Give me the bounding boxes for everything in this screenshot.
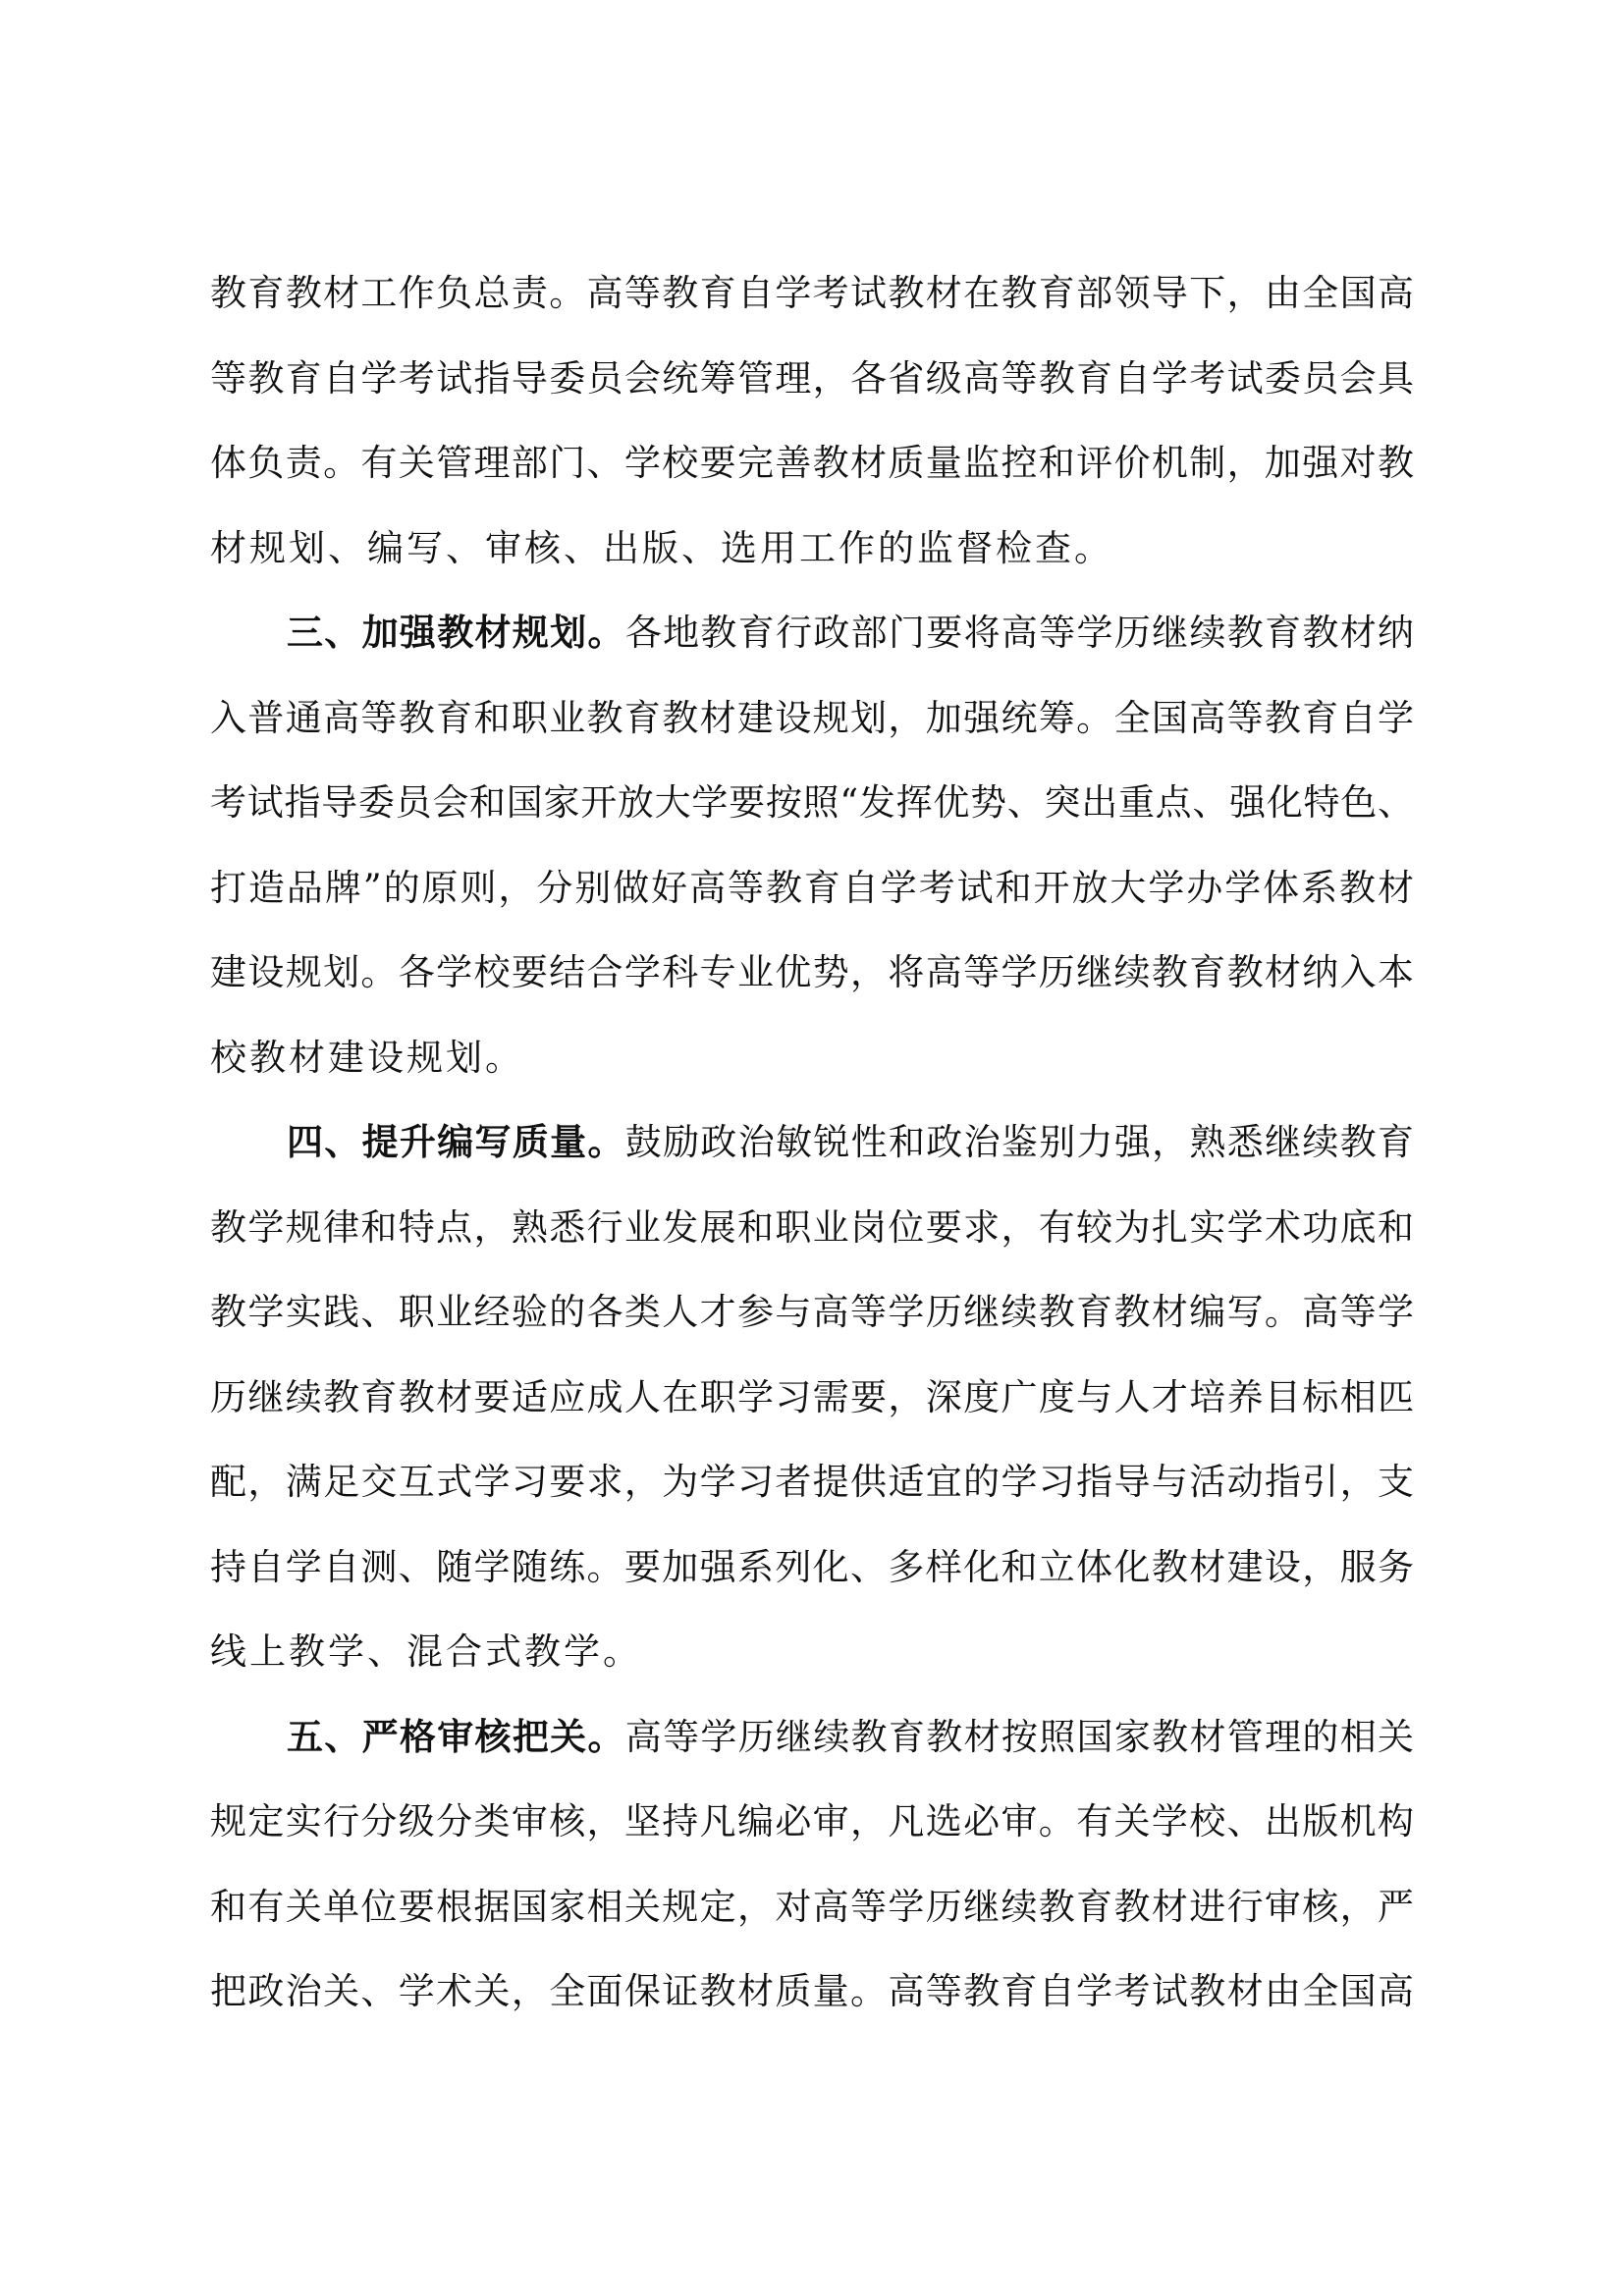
text-segment: 鼓励政治敏锐性和政治鉴别力强，熟悉继续教育	[625, 1121, 1416, 1163]
text-line: 体负责。有关管理部门、学校要完善教材质量监控和评价机制，加强对教	[210, 421, 1414, 507]
text-line: 历继续教育教材要适应成人在职学习需要，深度广度与人才培养目标相匹	[210, 1356, 1414, 1441]
text-segment: 各地教育行政部门要将高等学历继续教育教材纳	[625, 612, 1416, 654]
text-line: 考试指导委员会和国家开放大学要按照“发挥优势、突出重点、强化特色、	[210, 761, 1414, 846]
text-line: 建设规划。各学校要结合学科专业优势，将高等学历继续教育教材纳入本	[210, 931, 1414, 1016]
text-line: 配，满足交互式学习要求，为学习者提供适宜的学习指导与活动指引，支	[210, 1440, 1414, 1525]
text-line: 线上教学、混合式教学。	[210, 1610, 1414, 1695]
text-line: 教学规律和特点，熟悉行业发展和职业岗位要求，有较为扎实学术功底和	[210, 1186, 1414, 1271]
section-heading: 四、提升编写质量。	[287, 1121, 625, 1163]
paragraph-continuation: 教育教材工作负总责。高等教育自学考试教材在教育部领导下，由全国高 等教育自学考试…	[210, 251, 1414, 591]
text-line: 规定实行分级分类审核，坚持凡编必审，凡选必审。有关学校、出版机构	[210, 1780, 1414, 1865]
text-line: 把政治关、学术关，全面保证教材质量。高等教育自学考试教材由全国高	[210, 1949, 1414, 2035]
text-line: 等教育自学考试指导委员会统筹管理，各省级高等教育自学考试委员会具	[210, 337, 1414, 422]
paragraph-strengthen-planning: 三、加强教材规划。各地教育行政部门要将高等学历继续教育教材纳 入普通高等教育和职…	[210, 591, 1414, 1100]
text-line: 教育教材工作负总责。高等教育自学考试教材在教育部领导下，由全国高	[210, 251, 1414, 337]
paragraph-strict-review: 五、严格审核把关。高等学历继续教育教材按照国家教材管理的相关 规定实行分级分类审…	[210, 1695, 1414, 2035]
paragraph-improve-writing-quality: 四、提升编写质量。鼓励政治敏锐性和政治鉴别力强，熟悉继续教育 教学规律和特点，熟…	[210, 1100, 1414, 1695]
text-line: 教学实践、职业经验的各类人才参与高等学历继续教育教材编写。高等学	[210, 1270, 1414, 1356]
text-segment: 高等学历继续教育教材按照国家教材管理的相关	[625, 1716, 1416, 1758]
text-line: 打造品牌”的原则，分别做好高等教育自学考试和开放大学办学体系教材	[210, 846, 1414, 932]
section-heading: 五、严格审核把关。	[287, 1716, 625, 1758]
text-line: 和有关单位要根据国家相关规定，对高等学历继续教育教材进行审核，严	[210, 1865, 1414, 1950]
text-line: 持自学自测、随学随练。要加强系列化、多样化和立体化教材建设，服务	[210, 1525, 1414, 1611]
text-line-first: 三、加强教材规划。各地教育行政部门要将高等学历继续教育教材纳	[210, 591, 1414, 676]
text-line: 材规划、编写、审核、出版、选用工作的监督检查。	[210, 507, 1414, 592]
document-page: 教育教材工作负总责。高等教育自学考试教材在教育部领导下，由全国高 等教育自学考试…	[210, 251, 1414, 2035]
section-heading: 三、加强教材规划。	[287, 612, 625, 654]
text-line-first: 四、提升编写质量。鼓励政治敏锐性和政治鉴别力强，熟悉继续教育	[210, 1100, 1414, 1186]
text-line-first: 五、严格审核把关。高等学历继续教育教材按照国家教材管理的相关	[210, 1695, 1414, 1781]
text-line: 入普通高等教育和职业教育教材建设规划，加强统筹。全国高等教育自学	[210, 676, 1414, 762]
text-line: 校教材建设规划。	[210, 1016, 1414, 1101]
